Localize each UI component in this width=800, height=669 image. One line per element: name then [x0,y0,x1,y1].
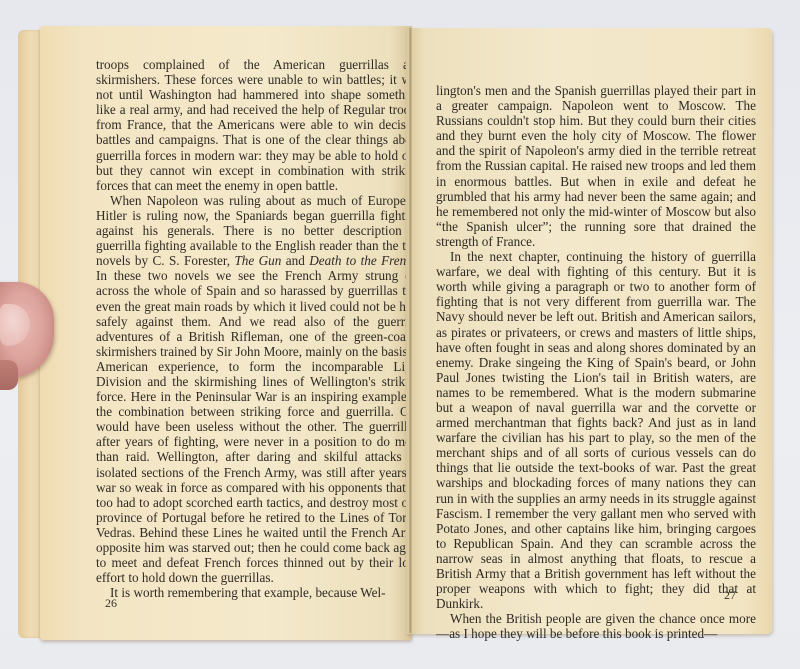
paragraph: When the British people are given the ch… [436,611,756,641]
right-page-body: lington's men and the Spanish guerrillas… [436,83,756,641]
left-page: troops complained of the American guerri… [40,26,412,640]
open-book: troops complained of the American guerri… [18,18,778,650]
book-title: Death to the French [309,253,418,268]
paragraph: In the next chapter, continuing the hist… [436,249,756,611]
paragraph: troops complained of the American guerri… [96,57,422,193]
paragraph: lington's men and the Spanish guerrillas… [436,83,756,249]
book-title: The Gun [234,253,281,268]
page-number: 26 [105,596,117,611]
paragraph: It is worth remembering that example, be… [96,585,422,600]
left-page-body: troops complained of the American guerri… [96,57,422,600]
page-number: 27 [724,588,736,603]
right-page: lington's men and the Spanish guerrillas… [406,28,772,634]
hand-edge [0,360,18,390]
paragraph-text: . In these two novels we see the French … [96,253,422,585]
thumbnail [0,304,30,346]
book-gutter [409,28,412,633]
paragraph: When Napoleon was ruling about as much o… [96,193,422,585]
paragraph-text: and [281,253,309,268]
